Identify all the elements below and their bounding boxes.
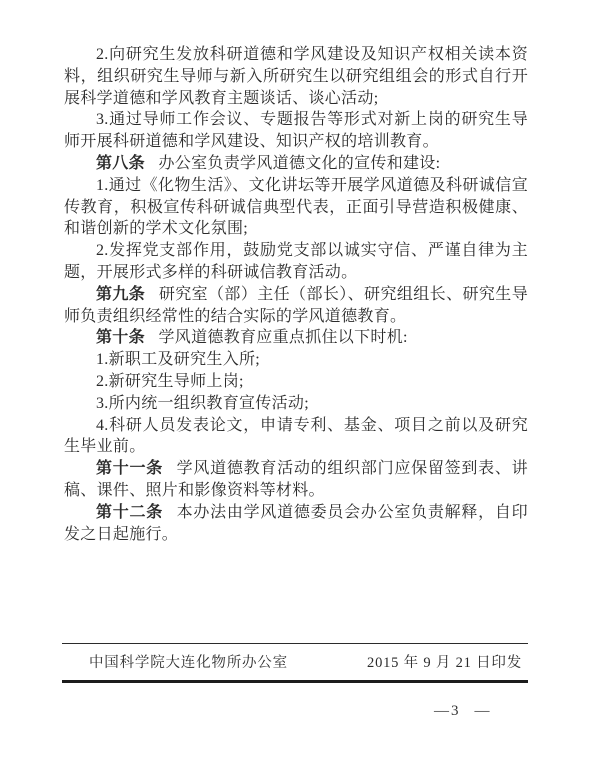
paragraph-text: 办公室负责学风道德文化的宣传和建设: (159, 155, 441, 172)
document-paragraph: 第十二条本办法由学风道德委员会办公室负责解释，自印发之日起施行。 (64, 502, 528, 546)
paragraph-text: 学风道德教育应重点抓住以下时机: (159, 329, 408, 346)
article-heading: 第十一条 (96, 460, 163, 477)
issuing-office: 中国科学院大连化物所办公室 (89, 651, 288, 672)
page-number-dash-left: — (434, 703, 449, 720)
paragraph-text: 3.所内统一组织教育宣传活动; (96, 395, 309, 412)
page-number-value: 3 (451, 703, 459, 720)
paragraph-text: 3.通过导师工作会议、专题报告等形式对新上岗的研究生导师开展科研道德和学风建设、… (64, 111, 528, 150)
document-paragraph: 2.向研究生发放科研道德和学风建设及知识产权相关读本资料，组织研究生导师与新入所… (64, 44, 528, 109)
article-heading: 第十二条 (96, 504, 163, 521)
colophon-band: 中国科学院大连化物所办公室 2015 年 9 月 21 日印发 (62, 643, 528, 683)
document-paragraph: 第八条办公室负责学风道德文化的宣传和建设: (64, 153, 528, 175)
document-paragraph: 2.发挥党支部作用，鼓励党支部以诚实守信、严谨自律为主题，开展形式多样的科研诚信… (64, 240, 528, 284)
article-heading: 第九条 (96, 286, 145, 303)
colophon-row: 中国科学院大连化物所办公室 2015 年 9 月 21 日印发 (62, 644, 528, 680)
document-paragraph: 3.所内统一组织教育宣传活动; (64, 393, 528, 415)
document-paragraph: 3.通过导师工作会议、专题报告等形式对新上岗的研究生导师开展科研道德和学风建设、… (64, 109, 528, 153)
paragraph-text: 4.科研人员发表论文，申请专利、基金、项目之前以及研究生毕业前。 (64, 417, 528, 456)
paragraph-text: 2.新研究生导师上岗; (96, 373, 244, 390)
document-paragraph: 第十条学风道德教育应重点抓住以下时机: (64, 327, 528, 349)
page-number: — 3 — (434, 703, 490, 720)
print-date: 2015 年 9 月 21 日印发 (367, 651, 522, 672)
paragraph-text: 2.向研究生发放科研道德和学风建设及知识产权相关读本资料，组织研究生导师与新入所… (64, 46, 528, 107)
paragraph-text: 1.通过《化物生活》、文化讲坛等开展学风道德及科研诚信宣传教育，积极宣传科研诚信… (64, 177, 528, 238)
article-heading: 第八条 (96, 155, 145, 172)
document-paragraph: 1.通过《化物生活》、文化讲坛等开展学风道德及科研诚信宣传教育，积极宣传科研诚信… (64, 175, 528, 240)
document-paragraph: 4.科研人员发表论文，申请专利、基金、项目之前以及研究生毕业前。 (64, 415, 528, 459)
paragraph-text: 1.新职工及研究生入所; (96, 351, 260, 368)
document-paragraph: 第九条研究室（部）主任（部长）、研究组组长、研究生导师负责组织经常性的结合实际的… (64, 284, 528, 328)
article-heading: 第十条 (96, 329, 145, 346)
document-paragraph: 第十一条学风道德教育活动的组织部门应保留签到表、讲稿、课件、照片和影像资料等材料… (64, 458, 528, 502)
document-paragraph: 2.新研究生导师上岗; (64, 371, 528, 393)
document-page: 2.向研究生发放科研道德和学风建设及知识产权相关读本资料，组织研究生导师与新入所… (0, 0, 589, 768)
paragraph-text: 2.发挥党支部作用，鼓励党支部以诚实守信、严谨自律为主题，开展形式多样的科研诚信… (64, 242, 528, 281)
page-number-dash-right: — (475, 703, 490, 720)
document-paragraph: 1.新职工及研究生入所; (64, 349, 528, 371)
document-body: 2.向研究生发放科研道德和学风建设及知识产权相关读本资料，组织研究生导师与新入所… (64, 44, 528, 545)
